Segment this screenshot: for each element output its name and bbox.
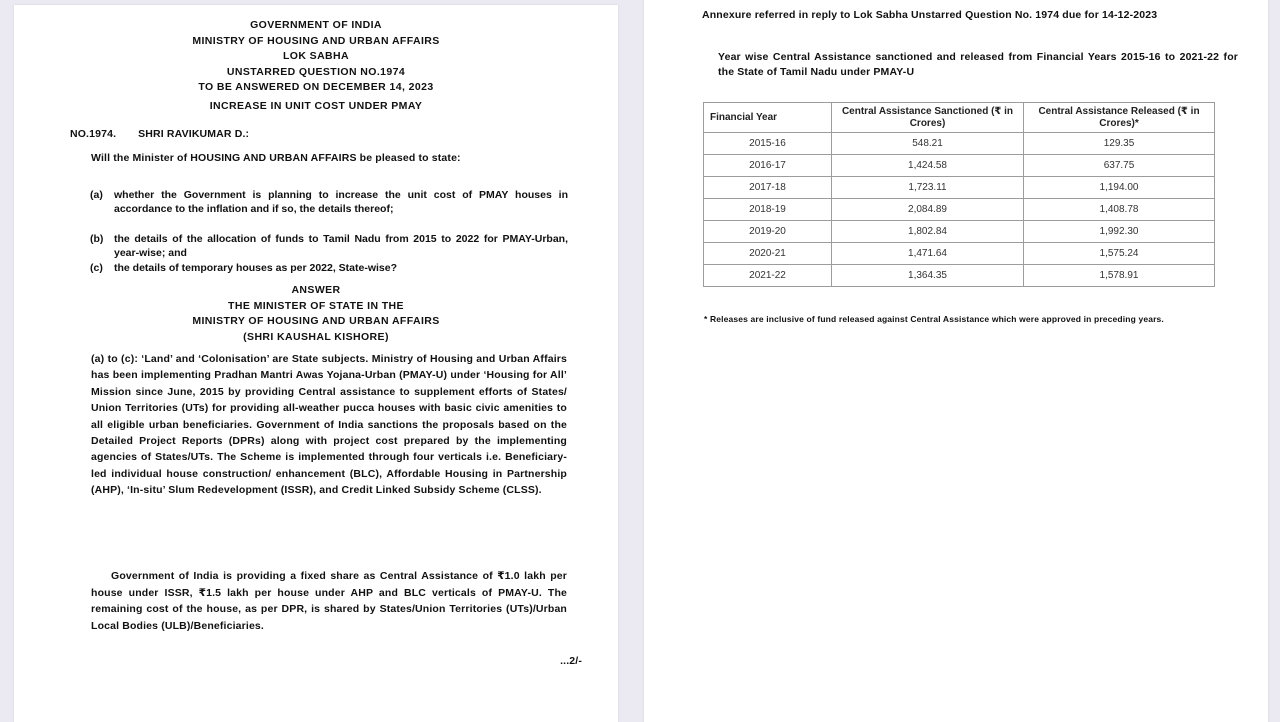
cell-sanctioned: 548.21 bbox=[832, 133, 1024, 155]
cell-released: 1,408.78 bbox=[1024, 199, 1215, 221]
table-row: 2019-201,802.841,992.30 bbox=[704, 221, 1215, 243]
question-text: whether the Government is planning to in… bbox=[114, 189, 568, 216]
cell-sanctioned: 1,364.35 bbox=[832, 265, 1024, 287]
column-header-released: Central Assistance Released (₹ in Crores… bbox=[1024, 103, 1215, 133]
cell-released: 129.35 bbox=[1024, 133, 1215, 155]
question-topic: INCREASE IN UNIT COST UNDER PMAY bbox=[14, 99, 618, 115]
member-name: SHRI RAVIKUMAR D.: bbox=[138, 128, 249, 140]
cell-sanctioned: 2,084.89 bbox=[832, 199, 1024, 221]
cell-sanctioned: 1,802.84 bbox=[832, 221, 1024, 243]
header-line-ministry: MINISTRY OF HOUSING AND URBAN AFFAIRS bbox=[14, 34, 618, 50]
question-item-c: (c) the details of temporary houses as p… bbox=[90, 262, 568, 276]
cell-sanctioned: 1,471.64 bbox=[832, 243, 1024, 265]
page-continuation-marker: ...2/- bbox=[560, 653, 582, 669]
cell-released: 1,578.91 bbox=[1024, 265, 1215, 287]
answer-label: ANSWER bbox=[14, 283, 618, 299]
answer-ministry: MINISTRY OF HOUSING AND URBAN AFFAIRS bbox=[14, 314, 618, 330]
cell-released: 1,194.00 bbox=[1024, 177, 1215, 199]
answer-header: ANSWER THE MINISTER OF STATE IN THE MINI… bbox=[14, 283, 618, 345]
table-row: 2015-16548.21129.35 bbox=[704, 133, 1215, 155]
right-annexure-page: Annexure referred in reply to Lok Sabha … bbox=[644, 0, 1268, 722]
cell-released: 1,575.24 bbox=[1024, 243, 1215, 265]
question-intro: Will the Minister of HOUSING AND URBAN A… bbox=[91, 150, 566, 166]
question-label: (b) bbox=[90, 233, 114, 260]
question-item-b: (b) the details of the allocation of fun… bbox=[90, 233, 568, 260]
cell-financial-year: 2016-17 bbox=[704, 155, 832, 177]
table-header-row: Financial Year Central Assistance Sancti… bbox=[704, 103, 1215, 133]
table-row: 2021-221,364.351,578.91 bbox=[704, 265, 1215, 287]
document-header: GOVERNMENT OF INDIA MINISTRY OF HOUSING … bbox=[14, 18, 618, 96]
column-header-sanctioned: Central Assistance Sanctioned (₹ in Cror… bbox=[832, 103, 1024, 133]
cell-financial-year: 2020-21 bbox=[704, 243, 832, 265]
cell-financial-year: 2018-19 bbox=[704, 199, 832, 221]
cell-financial-year: 2015-16 bbox=[704, 133, 832, 155]
table-row: 2016-171,424.58637.75 bbox=[704, 155, 1215, 177]
question-text: the details of temporary houses as per 2… bbox=[114, 262, 568, 276]
cell-financial-year: 2019-20 bbox=[704, 221, 832, 243]
cell-sanctioned: 1,424.58 bbox=[832, 155, 1024, 177]
cell-released: 637.75 bbox=[1024, 155, 1215, 177]
table-row: 2017-181,723.111,194.00 bbox=[704, 177, 1215, 199]
header-line-answer-date: TO BE ANSWERED ON DECEMBER 14, 2023 bbox=[14, 80, 618, 96]
question-byline: NO.1974.SHRI RAVIKUMAR D.: bbox=[70, 126, 249, 142]
cell-sanctioned: 1,723.11 bbox=[832, 177, 1024, 199]
answer-minister-title: THE MINISTER OF STATE IN THE bbox=[14, 299, 618, 315]
cell-financial-year: 2021-22 bbox=[704, 265, 832, 287]
annexure-reference: Annexure referred in reply to Lok Sabha … bbox=[702, 8, 1257, 23]
answer-paragraph-2: Government of India is providing a fixed… bbox=[91, 568, 567, 634]
header-line-house: LOK SABHA bbox=[14, 49, 618, 65]
cell-financial-year: 2017-18 bbox=[704, 177, 832, 199]
header-line-question-no: UNSTARRED QUESTION NO.1974 bbox=[14, 65, 618, 81]
question-text: the details of the allocation of funds t… bbox=[114, 233, 568, 260]
question-number: NO.1974. bbox=[70, 128, 116, 140]
table-footnote: * Releases are inclusive of fund release… bbox=[704, 312, 1184, 327]
question-label: (a) bbox=[90, 189, 114, 216]
column-header-financial-year: Financial Year bbox=[704, 103, 832, 133]
answer-minister-name: (SHRI KAUSHAL KISHORE) bbox=[14, 330, 618, 346]
question-item-a: (a) whether the Government is planning t… bbox=[90, 189, 568, 216]
left-document-page: GOVERNMENT OF INDIA MINISTRY OF HOUSING … bbox=[14, 5, 618, 722]
table-row: 2020-211,471.641,575.24 bbox=[704, 243, 1215, 265]
cell-released: 1,992.30 bbox=[1024, 221, 1215, 243]
header-line-government: GOVERNMENT OF INDIA bbox=[14, 18, 618, 34]
table-body: 2015-16548.21129.352016-171,424.58637.75… bbox=[704, 133, 1215, 287]
central-assistance-table: Financial Year Central Assistance Sancti… bbox=[703, 102, 1215, 287]
question-label: (c) bbox=[90, 262, 114, 276]
answer-paragraph-1: (a) to (c): ‘Land’ and ‘Colonisation’ ar… bbox=[91, 351, 567, 499]
table-title: Year wise Central Assistance sanctioned … bbox=[718, 50, 1238, 80]
table-row: 2018-192,084.891,408.78 bbox=[704, 199, 1215, 221]
